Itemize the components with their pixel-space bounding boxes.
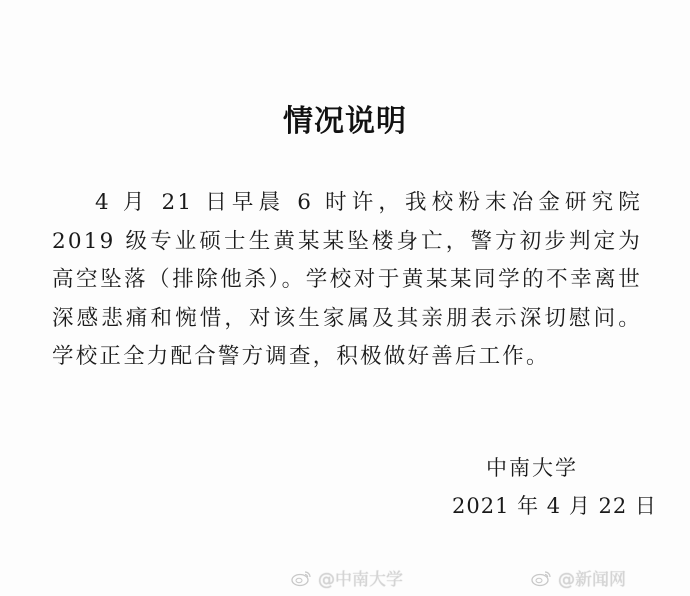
- watermark-text: @新闻网: [558, 565, 626, 590]
- signature-organization: 中南大学: [486, 452, 578, 482]
- document-title: 情况说明: [0, 96, 690, 140]
- document-body: 4 月 21 日早晨 6 时许，我校粉末冶金研究院 2019 级专业硕士生黄某某…: [52, 184, 642, 377]
- weibo-icon: [290, 569, 312, 587]
- weibo-icon: [530, 569, 552, 587]
- watermark-1: @中南大学: [290, 565, 403, 590]
- watermark-2: @新闻网: [530, 565, 626, 590]
- signature-date: 2021 年 4 月 22 日: [452, 490, 657, 520]
- body-paragraph: 4 月 21 日早晨 6 时许，我校粉末冶金研究院 2019 级专业硕士生黄某某…: [52, 184, 642, 377]
- watermark-text: @中南大学: [318, 565, 403, 590]
